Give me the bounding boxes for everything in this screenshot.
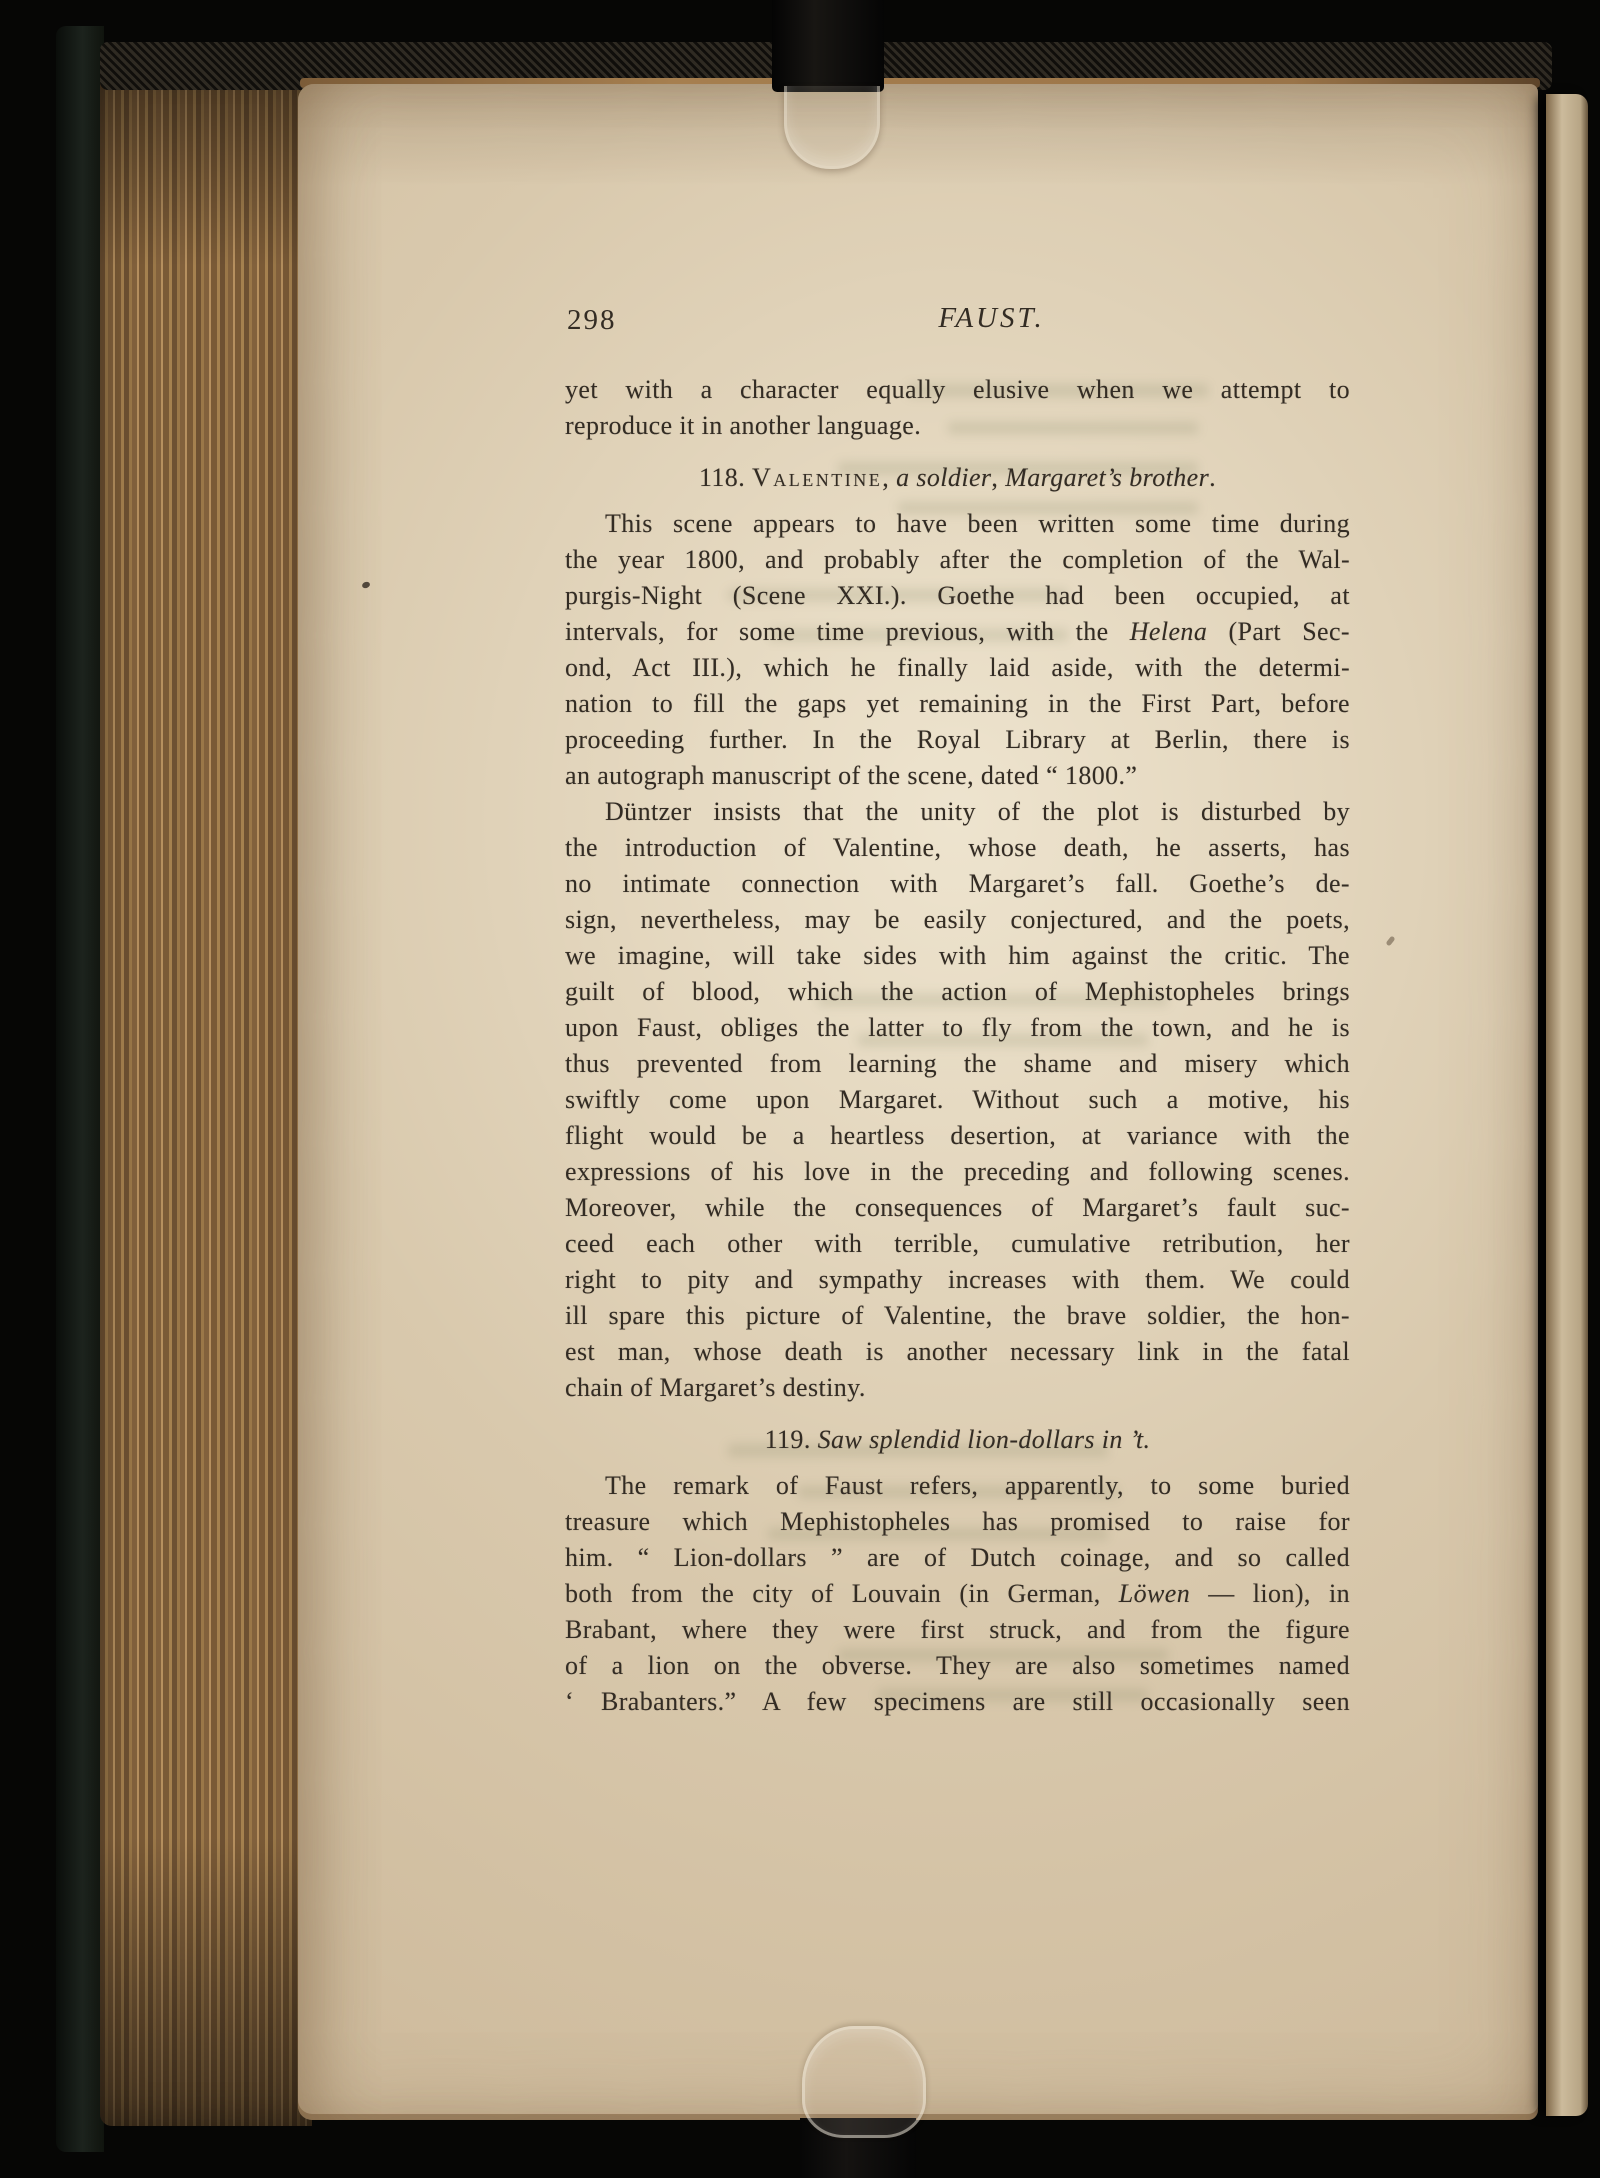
text-line: chain of Margaret’s destiny. bbox=[565, 1370, 1350, 1406]
heading-segment: , bbox=[991, 463, 1005, 492]
text-segment: Moreover, while the consequences of Marg… bbox=[565, 1193, 1350, 1222]
text-line: both from the city of Louvain (in German… bbox=[565, 1576, 1350, 1612]
page-number: 298 bbox=[567, 304, 617, 337]
text-line: an autograph manuscript of the scene, da… bbox=[565, 758, 1350, 794]
book-page: 298 FAUST. yet with a character equally … bbox=[298, 84, 1538, 2120]
scanner-strap-top bbox=[772, 0, 884, 92]
text-line: nation to fill the gaps yet remaining in… bbox=[565, 686, 1350, 722]
heading-segment: 119. bbox=[765, 1425, 818, 1454]
text-segment: purgis-Night (Scene XXI.). Goethe had be… bbox=[565, 581, 1350, 610]
text-line: est man, whose death is another necessar… bbox=[565, 1334, 1350, 1370]
text-segment: we imagine, will take sides with him aga… bbox=[565, 941, 1350, 970]
text-segment: est man, whose death is another necessar… bbox=[565, 1337, 1350, 1366]
text-segment: ond, Act III.), which he finally laid as… bbox=[565, 653, 1350, 682]
text-segment: nation to fill the gaps yet remaining in… bbox=[565, 689, 1350, 718]
text-segment: reproduce it in another language. bbox=[565, 411, 921, 440]
text-line: purgis-Night (Scene XXI.). Goethe had be… bbox=[565, 578, 1350, 614]
text-line: sign, nevertheless, may be easily conjec… bbox=[565, 902, 1350, 938]
book-scan: 298 FAUST. yet with a character equally … bbox=[0, 0, 1600, 2178]
text-line: treasure which Mephistopheles has promis… bbox=[565, 1504, 1350, 1540]
text-line: upon Faust, obliges the latter to fly fr… bbox=[565, 1010, 1350, 1046]
text-line: yet with a character equally elusive whe… bbox=[565, 372, 1350, 408]
section-heading: 118. Valentine, a soldier, Margaret’s br… bbox=[565, 460, 1350, 496]
text-segment: ill spare this picture of Valentine, the… bbox=[565, 1301, 1350, 1330]
text-line: Moreover, while the consequences of Marg… bbox=[565, 1190, 1350, 1226]
page-stack-edges bbox=[100, 60, 312, 2126]
section-heading: 119. Saw splendid lion-dollars in ’t. bbox=[565, 1422, 1350, 1458]
text-segment: Brabant, where they were first struck, a… bbox=[565, 1615, 1350, 1644]
italic-text: Helena bbox=[1130, 617, 1207, 646]
heading-segment: Margaret’s brother bbox=[1005, 463, 1209, 492]
text-segment: flight would be a heartless desertion, a… bbox=[565, 1121, 1350, 1150]
page-holder-clip-bottom bbox=[802, 2026, 926, 2138]
text-segment: ‘ Brabanters.” A few specimens are still… bbox=[565, 1687, 1350, 1716]
text-segment: him. “ Lion-dollars ” are of Dutch coina… bbox=[565, 1543, 1350, 1572]
text-segment: chain of Margaret’s destiny. bbox=[565, 1373, 866, 1402]
text-line: The remark of Faust refers, apparently, … bbox=[565, 1468, 1350, 1504]
text-line: expressions of his love in the preceding… bbox=[565, 1154, 1350, 1190]
text-segment: This scene appears to have been written … bbox=[605, 509, 1350, 538]
ink-speck bbox=[361, 581, 371, 589]
page-header: 298 FAUST. bbox=[565, 302, 1350, 344]
text-line: the introduction of Valentine, whose dea… bbox=[565, 830, 1350, 866]
text-line: flight would be a heartless desertion, a… bbox=[565, 1118, 1350, 1154]
text-segment: ceed each other with terrible, cumulativ… bbox=[565, 1229, 1350, 1258]
text-line: ill spare this picture of Valentine, the… bbox=[565, 1298, 1350, 1334]
text-line: Brabant, where they were first struck, a… bbox=[565, 1612, 1350, 1648]
text-segment: Düntzer insists that the unity of the pl… bbox=[605, 797, 1350, 826]
text-segment: of a lion on the obverse. They are also … bbox=[565, 1651, 1350, 1680]
text-line: reproduce it in another language. bbox=[565, 408, 1350, 444]
margin-speck bbox=[1385, 936, 1395, 947]
text-segment: guilt of blood, which the action of Meph… bbox=[565, 977, 1350, 1006]
text-segment: proceeding further. In the Royal Library… bbox=[565, 725, 1350, 754]
heading-segment: , bbox=[882, 463, 896, 492]
text-segment: the year 1800, and probably after the co… bbox=[565, 545, 1350, 574]
text-line: we imagine, will take sides with him aga… bbox=[565, 938, 1350, 974]
text-line: intervals, for some time previous, with … bbox=[565, 614, 1350, 650]
text-segment: (Part Sec- bbox=[1207, 617, 1350, 646]
text-segment: swiftly come upon Margaret. Without such… bbox=[565, 1085, 1350, 1114]
text-line: him. “ Lion-dollars ” are of Dutch coina… bbox=[565, 1540, 1350, 1576]
italic-text: Löwen bbox=[1119, 1579, 1190, 1608]
text-segment: treasure which Mephistopheles has promis… bbox=[565, 1507, 1350, 1536]
text-line: This scene appears to have been written … bbox=[565, 506, 1350, 542]
heading-segment: a soldier bbox=[896, 463, 991, 492]
heading-segment: 118. bbox=[699, 463, 752, 492]
text-segment: — lion), in bbox=[1190, 1579, 1350, 1608]
text-line: of a lion on the obverse. They are also … bbox=[565, 1648, 1350, 1684]
text-segment: intervals, for some time previous, with … bbox=[565, 617, 1130, 646]
facing-page-edge bbox=[1546, 94, 1588, 2116]
text-segment: an autograph manuscript of the scene, da… bbox=[565, 761, 1137, 790]
text-line: no intimate connection with Margaret’s f… bbox=[565, 866, 1350, 902]
text-segment: both from the city of Louvain (in German… bbox=[565, 1579, 1119, 1608]
text-segment: no intimate connection with Margaret’s f… bbox=[565, 869, 1350, 898]
heading-segment: . bbox=[1209, 463, 1216, 492]
text-segment: thus prevented from learning the shame a… bbox=[565, 1049, 1350, 1078]
text-line: Düntzer insists that the unity of the pl… bbox=[565, 794, 1350, 830]
text-line: swiftly come upon Margaret. Without such… bbox=[565, 1082, 1350, 1118]
text-segment: right to pity and sympathy increases wit… bbox=[565, 1265, 1350, 1294]
page-text: yet with a character equally elusive whe… bbox=[565, 372, 1350, 1720]
book-cover-edge bbox=[56, 26, 104, 2152]
text-line: ond, Act III.), which he finally laid as… bbox=[565, 650, 1350, 686]
text-segment: upon Faust, obliges the latter to fly fr… bbox=[565, 1013, 1350, 1042]
text-segment: the introduction of Valentine, whose dea… bbox=[565, 833, 1350, 862]
text-line: ceed each other with terrible, cumulativ… bbox=[565, 1226, 1350, 1262]
text-segment: sign, nevertheless, may be easily conjec… bbox=[565, 905, 1350, 934]
text-line: ‘ Brabanters.” A few specimens are still… bbox=[565, 1684, 1350, 1720]
heading-segment: Valentine bbox=[752, 463, 882, 492]
text-line: the year 1800, and probably after the co… bbox=[565, 542, 1350, 578]
text-line: proceeding further. In the Royal Library… bbox=[565, 722, 1350, 758]
text-line: guilt of blood, which the action of Meph… bbox=[565, 974, 1350, 1010]
text-segment: expressions of his love in the preceding… bbox=[565, 1157, 1350, 1186]
text-segment: The remark of Faust refers, apparently, … bbox=[605, 1471, 1350, 1500]
text-segment: yet with a character equally elusive whe… bbox=[565, 375, 1350, 404]
heading-segment: Saw splendid lion-dollars in ’t. bbox=[818, 1425, 1151, 1454]
text-line: right to pity and sympathy increases wit… bbox=[565, 1262, 1350, 1298]
text-line: thus prevented from learning the shame a… bbox=[565, 1046, 1350, 1082]
running-title: FAUST. bbox=[938, 302, 1044, 335]
